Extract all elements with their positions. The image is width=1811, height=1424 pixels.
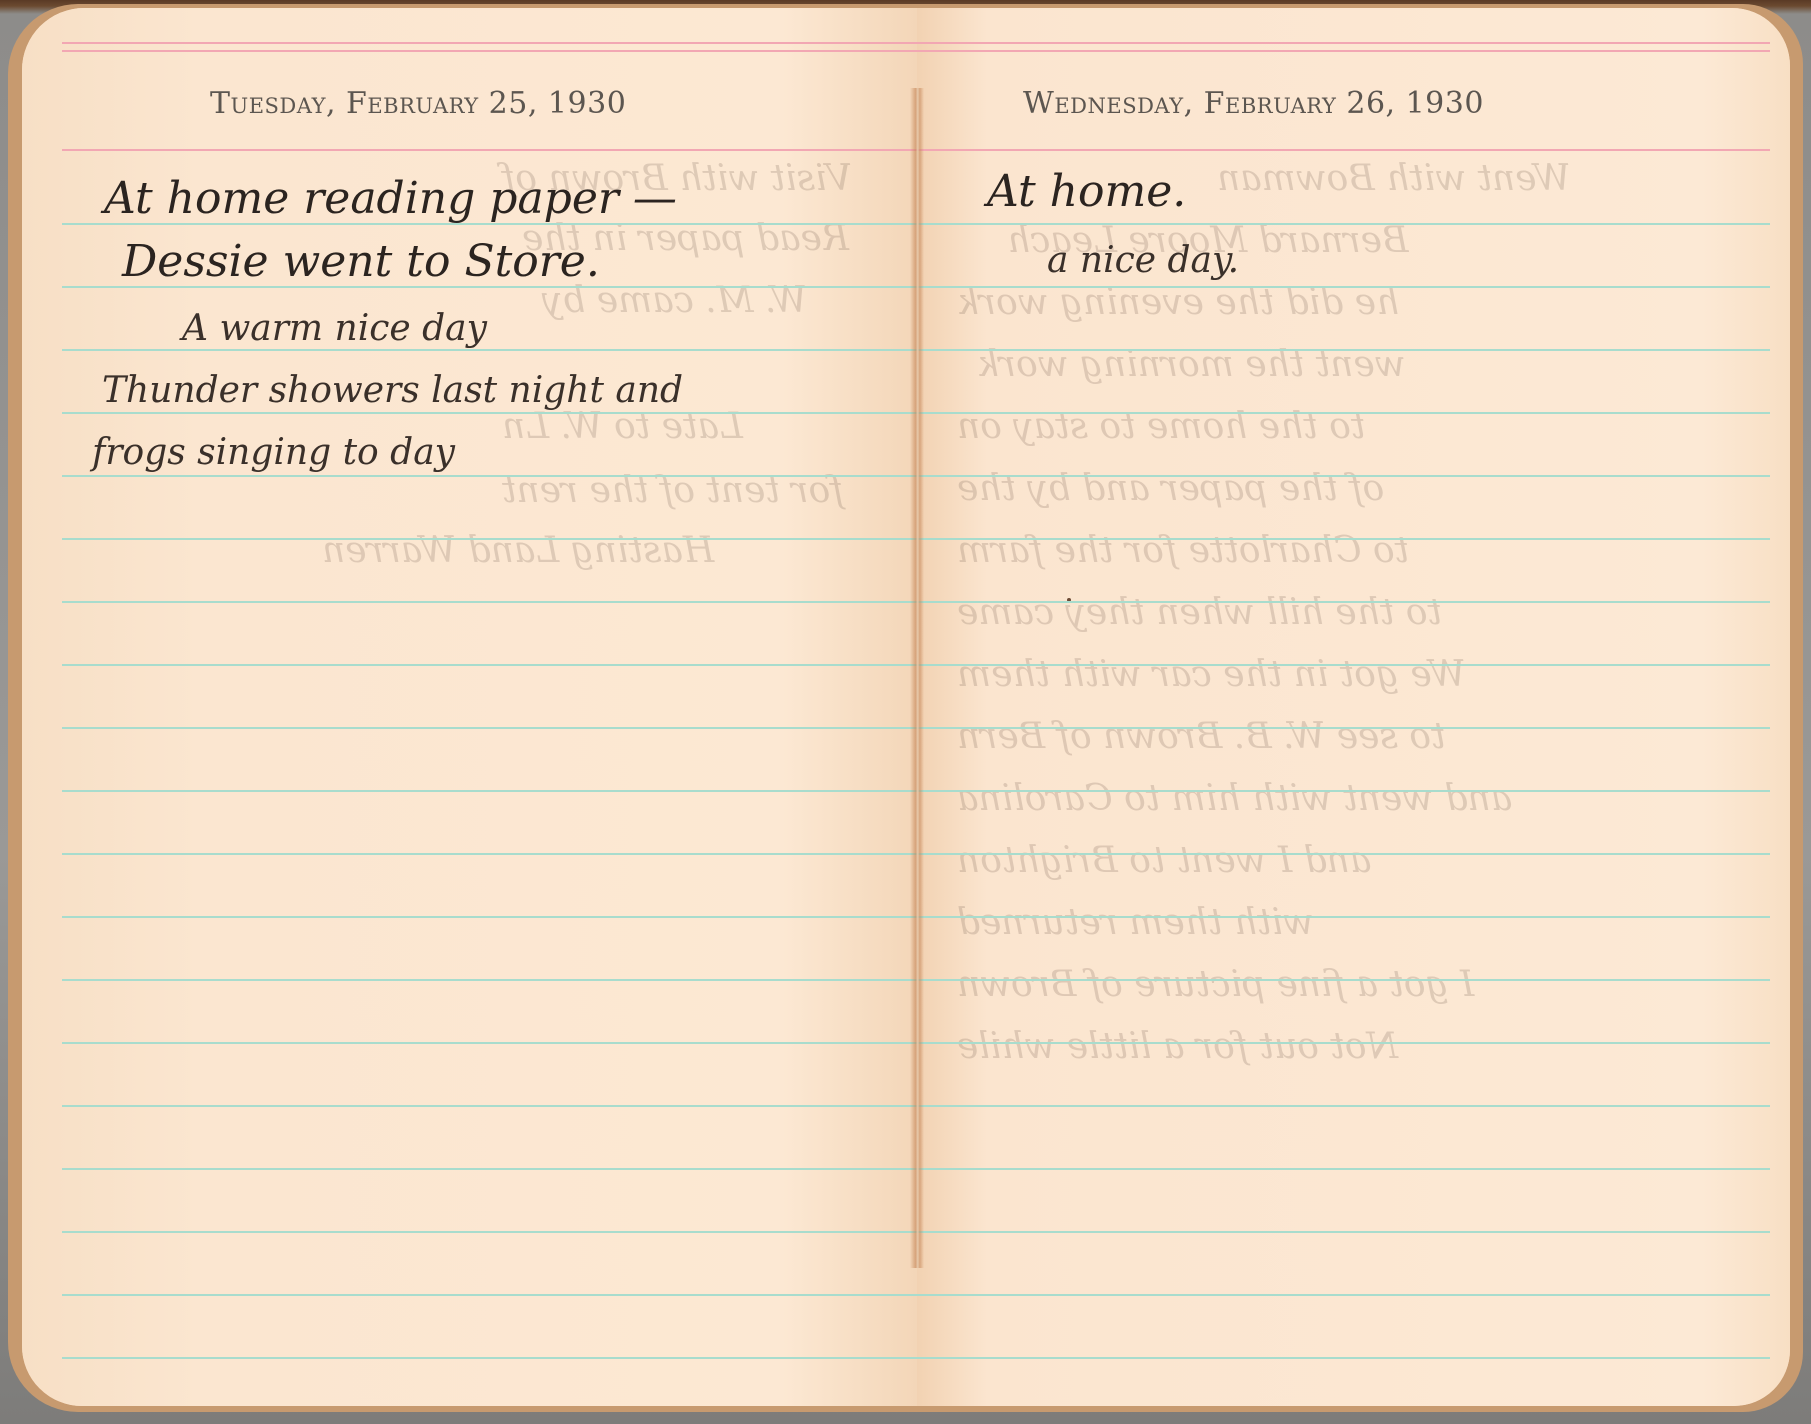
left-page: Tuesday, February 25, 1930 Visit with Br… bbox=[22, 8, 917, 1406]
entry-line: At home. bbox=[987, 166, 1186, 217]
entry-line: a nice day. bbox=[1047, 240, 1239, 281]
entry-line: At home reading paper — bbox=[104, 173, 677, 224]
blue-rule bbox=[62, 1294, 1770, 1296]
open-diary: Tuesday, February 25, 1930 Visit with Br… bbox=[22, 8, 1790, 1406]
pink-rule bbox=[62, 149, 917, 151]
entry-line: A warm nice day bbox=[182, 308, 487, 349]
pink-rule bbox=[62, 42, 917, 44]
book-spine bbox=[910, 88, 924, 1268]
entry-line: Dessie went to Store. bbox=[122, 236, 600, 287]
right-page: Wednesday, February 26, 1930 Went with B… bbox=[917, 8, 1790, 1406]
entry-line: Thunder showers last night and bbox=[102, 370, 683, 411]
date-header-right: Wednesday, February 26, 1930 bbox=[1023, 86, 1484, 121]
entry-line: frogs singing to day bbox=[92, 432, 455, 473]
pink-rule bbox=[917, 50, 1770, 52]
pink-rule bbox=[917, 42, 1770, 44]
blue-rule bbox=[62, 1357, 1770, 1359]
pink-rule bbox=[62, 50, 917, 52]
date-header-left: Tuesday, February 25, 1930 bbox=[210, 86, 626, 121]
pink-rule bbox=[917, 149, 1770, 151]
